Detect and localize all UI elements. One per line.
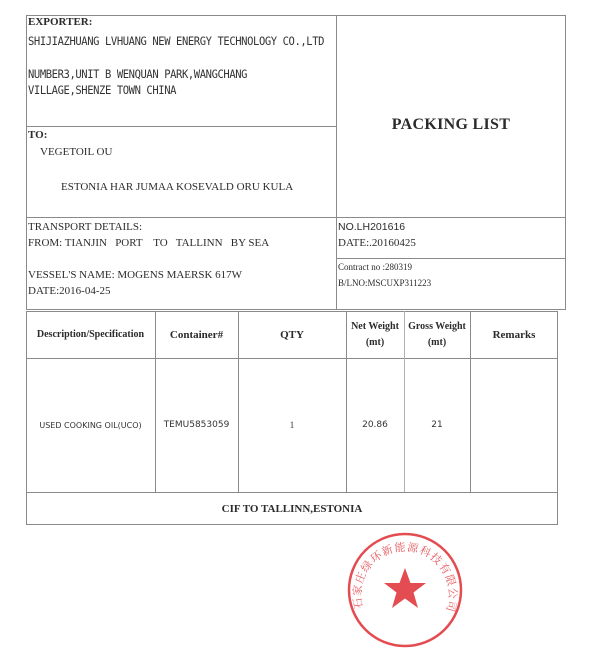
cell-container: TEMU5853059 bbox=[155, 358, 238, 492]
transport-route: FROM: TIANJIN PORT TO TALLINN BY SEA bbox=[28, 237, 269, 249]
exporter-address-line2: VILLAGE,SHENZE TOWN CHINA bbox=[28, 84, 176, 97]
company-seal-stamp: 石家庄绿环新能源科技有限公司 bbox=[345, 530, 465, 650]
transport-date: DATE:2016-04-25 bbox=[28, 285, 111, 297]
bl-number: B/LNO:MSCUXP311223 bbox=[338, 278, 431, 288]
star-icon bbox=[384, 568, 426, 608]
consignee-address: ESTONIA HAR JUMAA KOSEVALD ORU KULA bbox=[61, 181, 293, 193]
col-header-description: Description/Specification bbox=[26, 311, 155, 358]
exporter-label: EXPORTER: bbox=[28, 16, 92, 28]
consignee-name: VEGETOIL OU bbox=[40, 146, 112, 158]
col-header-gross-weight: Gross Weight (mt) bbox=[404, 311, 470, 358]
consignee-label: TO: bbox=[28, 129, 47, 141]
exporter-divider bbox=[26, 126, 336, 127]
cell-remarks bbox=[470, 358, 558, 492]
reference-number: NO.LH201616 bbox=[338, 221, 405, 233]
col-header-qty: QTY bbox=[238, 311, 346, 358]
cell-description: USED COOKING OIL(UCO) bbox=[26, 358, 155, 492]
header-frame bbox=[26, 15, 566, 310]
page-title: PACKING LIST bbox=[336, 116, 566, 134]
cell-gross-weight: 21 bbox=[404, 358, 470, 492]
vessel-name: VESSEL'S NAME: MOGENS MAERSK 617W bbox=[28, 269, 242, 281]
exporter-company: SHIJIAZHUANG LVHUANG NEW ENERGY TECHNOLO… bbox=[28, 35, 324, 48]
col-header-container: Container# bbox=[155, 311, 238, 358]
cell-qty: 1 bbox=[238, 358, 346, 492]
cell-net-weight: 20.86 bbox=[346, 358, 404, 492]
table-footer-terms: CIF TO TALLINN,ESTONIA bbox=[26, 492, 558, 525]
reference-date: DATE:.20160425 bbox=[338, 237, 416, 249]
consignee-divider bbox=[26, 217, 566, 218]
col-header-remarks: Remarks bbox=[470, 311, 558, 358]
header-divider bbox=[336, 15, 337, 310]
transport-label: TRANSPORT DETAILS: bbox=[28, 221, 142, 233]
exporter-address-line1: NUMBER3,UNIT B WENQUAN PARK,WANGCHANG bbox=[28, 68, 247, 81]
col-header-net-weight: Net Weight (mt) bbox=[346, 311, 404, 358]
reference-divider bbox=[336, 258, 566, 259]
contract-number: Contract no :280319 bbox=[338, 262, 412, 272]
